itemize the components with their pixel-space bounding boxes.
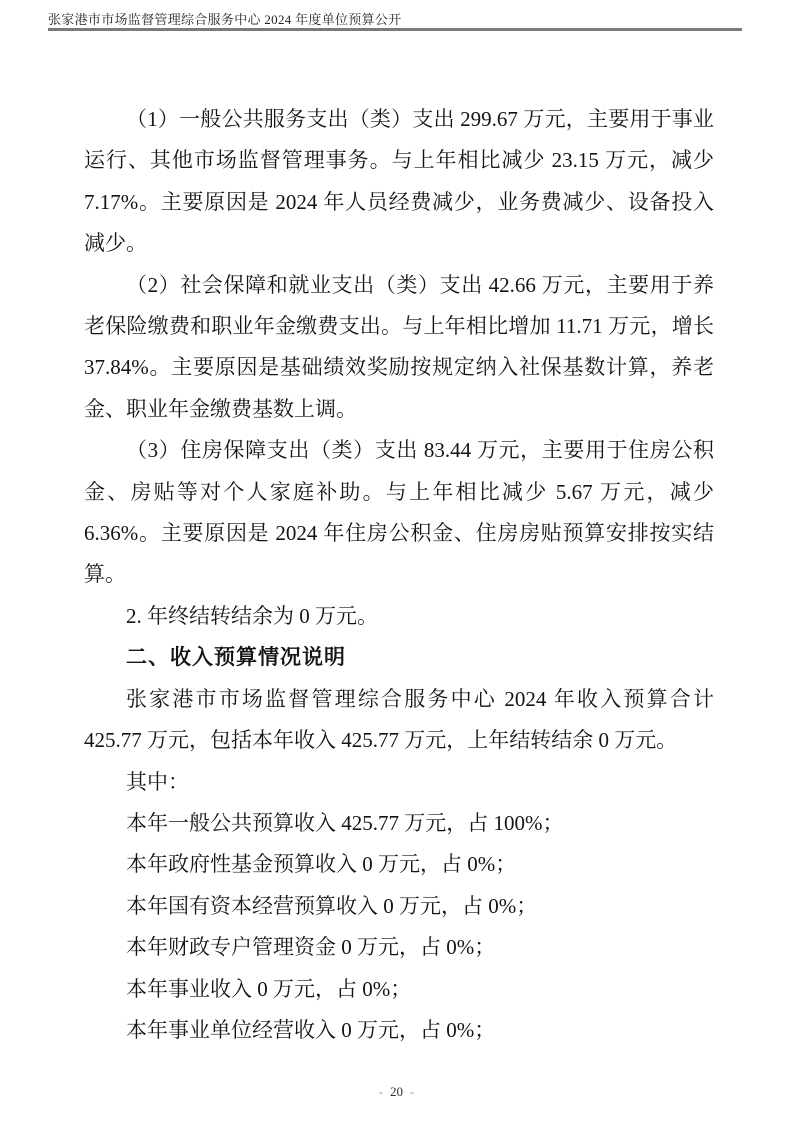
paragraph: 本年国有资本经营预算收入 0 万元，占 0%；	[84, 886, 714, 927]
paragraph: （2）社会保障和就业支出（类）支出 42.66 万元，主要用于养老保险缴费和职业…	[84, 265, 714, 431]
page-footer: -20-	[0, 1083, 793, 1101]
page-header: 张家港市市场监督管理综合服务中心 2024 年度单位预算公开	[48, 12, 742, 31]
paragraph: 本年事业收入 0 万元，占 0%；	[84, 969, 714, 1010]
paragraph: 2. 年终结转结余为 0 万元。	[84, 596, 714, 637]
paragraph: 本年财政专户管理资金 0 万元，占 0%；	[84, 927, 714, 968]
paragraph: 本年政府性基金预算收入 0 万元，占 0%；	[84, 844, 714, 885]
paragraph: 本年事业单位经营收入 0 万元，占 0%；	[84, 1010, 714, 1051]
document-body: （1）一般公共服务支出（类）支出 299.67 万元，主要用于事业运行、其他市场…	[84, 99, 714, 1051]
paragraph: 其中：	[84, 762, 714, 803]
section-heading: 二、收入预算情况说明	[84, 637, 714, 678]
paragraph: 张家港市市场监督管理综合服务中心 2024 年收入预算合计 425.77 万元，…	[84, 679, 714, 762]
paragraph: （3）住房保障支出（类）支出 83.44 万元，主要用于住房公积金、房贴等对个人…	[84, 430, 714, 596]
footer-dash-left: -	[379, 1084, 383, 1099]
document-page: 张家港市市场监督管理综合服务中心 2024 年度单位预算公开 （1）一般公共服务…	[0, 0, 793, 1122]
footer-dash-right: -	[410, 1084, 414, 1099]
paragraph: 本年一般公共预算收入 425.77 万元，占 100%；	[84, 803, 714, 844]
header-title: 张家港市市场监督管理综合服务中心 2024 年度单位预算公开	[48, 12, 402, 27]
paragraph: （1）一般公共服务支出（类）支出 299.67 万元，主要用于事业运行、其他市场…	[84, 99, 714, 265]
page-number: 20	[390, 1084, 403, 1099]
